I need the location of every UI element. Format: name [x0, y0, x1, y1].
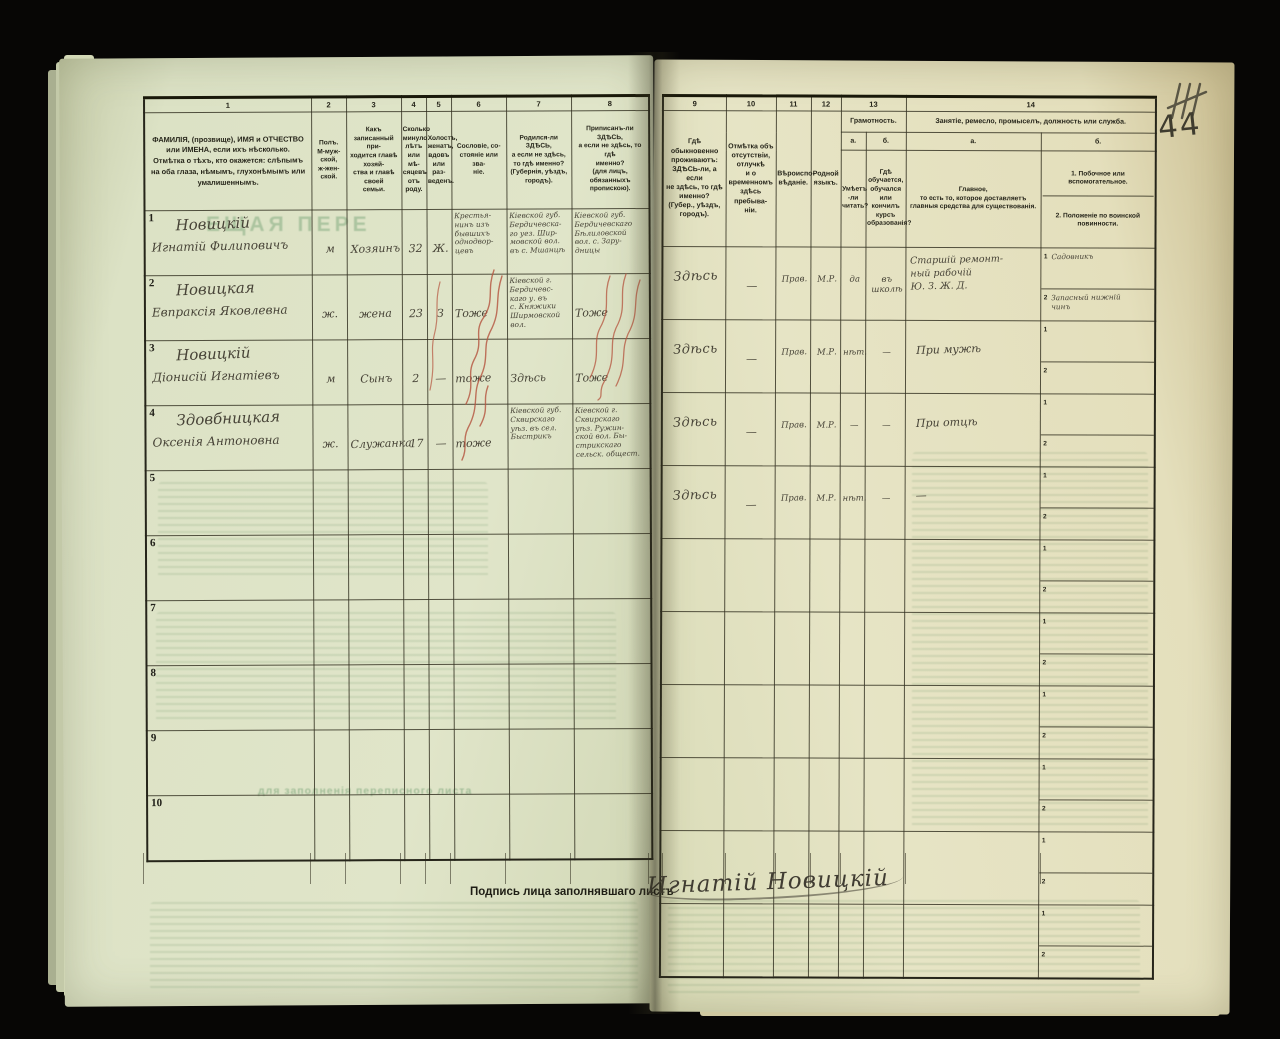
cell-relation: жена — [347, 275, 402, 340]
col-header-education: Гдѣ обучается, обучался или кончилъ курс… — [865, 150, 905, 247]
cell-absence: — — [725, 392, 775, 465]
person-row-right: 12 — [661, 684, 1154, 759]
person-row-left: 4ЗдовбницкаяОксенія Антоновнаж.Служанка1… — [145, 404, 650, 471]
cell-occupation-main — [903, 831, 1038, 904]
cell-registered: Кіевской г. Сквирскаго уѣз. Ружин- ской … — [572, 404, 650, 469]
cell-occupation-main: Старшій ремонт- ный рабочій Ю. З. Ж. Д. — [905, 247, 1040, 320]
cell-occupation-main — [904, 685, 1039, 758]
cell-estate — [453, 534, 508, 599]
cell-estate — [453, 469, 508, 534]
cell-sex: м — [312, 340, 347, 405]
cell-sex: ж. — [312, 275, 347, 340]
col-number-2: 2 — [311, 97, 346, 112]
cell-relation: Хозяинъ — [347, 210, 402, 275]
cell-estate — [454, 729, 509, 794]
cell-sex: м — [312, 210, 347, 275]
cell-resides: Здѣсь — [661, 465, 724, 538]
cell-education — [863, 758, 903, 831]
red-correction-mark — [426, 278, 446, 394]
cell-religion — [774, 612, 809, 685]
col-header-residence: Гдѣ обыкновенно проживаютъ: ЗДѢСЬ-ли, а … — [662, 111, 725, 247]
person-row-left: 9 — [147, 728, 652, 795]
cell-relation — [348, 665, 403, 730]
cell-reads — [839, 685, 864, 758]
cell-born: Кіевской губ. Бердичевска- го уез. Шир- … — [507, 209, 572, 274]
cell-absence: — — [725, 246, 775, 319]
cell-education — [863, 904, 903, 978]
cell-language — [809, 539, 839, 612]
person-row-right: 12 — [660, 757, 1153, 832]
cell-age: 23 — [402, 274, 427, 339]
cell-born — [508, 599, 573, 664]
cell-occupation-side: 12 — [1038, 832, 1153, 905]
cell-relation — [349, 795, 404, 861]
cell-resides — [661, 611, 724, 684]
cell-education — [864, 612, 904, 685]
cell-born: Кіевской г. Бердичевс- каго у. въ с. Кня… — [507, 274, 572, 339]
cell-occupation-side: 12 — [1039, 686, 1154, 759]
cell-marital — [428, 599, 453, 664]
cell-education: въ школѣ — [865, 247, 905, 320]
col-header-birthplace: Родился-ли ЗДѢСЬ, а если не здѣсь, то гд… — [506, 111, 571, 209]
cell-language — [809, 685, 839, 758]
cell-occupation-side: 12 — [1038, 759, 1153, 832]
cell-marital — [429, 729, 454, 794]
cell-occupation-side: 1Садовникъ2Запасный нижній чинъ — [1040, 248, 1155, 321]
cell-education — [864, 685, 904, 758]
cell-occupation-side: 12 — [1039, 613, 1154, 686]
scanned-census-spread: ЕЩАЯ ПЕРЕ для заполненія переписного лис… — [0, 0, 1280, 1039]
cell-language — [809, 612, 839, 685]
cell-religion: Прав. — [775, 393, 810, 466]
cell-absence — [723, 757, 773, 830]
person-row-right: Здѣсь—Прав.М.Р.нѣт.—При мужѣ12 — [662, 319, 1155, 394]
person-row-right: Здѣсь—Прав.М.Р.——При отцѣ12 — [662, 392, 1155, 467]
cell-absence — [724, 684, 774, 757]
col-number-8: 8 — [571, 96, 649, 111]
cell-sex — [314, 795, 349, 861]
red-correction-mark — [576, 270, 650, 402]
cell-language: М.Р. — [810, 393, 840, 466]
col-header-religion: Вѣроиспо- вѣданіе. — [775, 111, 810, 247]
cell-absence — [723, 903, 773, 977]
occupation-sub-a-label: а. — [906, 132, 1041, 150]
cell-sex — [314, 730, 349, 795]
col-header-language: Родной языкъ. — [810, 111, 840, 247]
col-number-13: 13 — [841, 96, 906, 111]
cell-estate — [453, 599, 508, 664]
cell-name: 7 — [146, 600, 313, 666]
census-table-left-half: 1 2 3 4 5 6 7 8 ФАМИЛІЯ, (прозвище), ИМЯ… — [143, 94, 653, 862]
cell-relation: Служанка — [347, 405, 402, 470]
col-number-11: 11 — [776, 96, 811, 111]
cell-relation — [349, 730, 404, 795]
col-header-registration: Приписанъ-ли ЗДѢСЬ, а если не здѣсь, то … — [571, 111, 649, 209]
leaf-number: 44 — [1156, 106, 1203, 146]
census-table-right-half: 9 10 11 12 13 14 Гдѣ обыкновенно прожива… — [659, 94, 1157, 979]
cell-occupation-main — [904, 612, 1039, 685]
cell-occupation-main: При отцѣ — [905, 393, 1040, 466]
col-number-5: 5 — [426, 96, 451, 111]
cell-reads: нѣт. — [839, 466, 864, 539]
cell-resides: Здѣсь — [662, 319, 725, 392]
occupation-side-desc-2: 2. Положеніе по воинской повинности. — [1042, 204, 1154, 236]
col-number-1: 1 — [144, 97, 311, 113]
cell-registered — [573, 663, 651, 728]
person-row-right: 12 — [661, 538, 1154, 613]
cell-reads — [838, 904, 863, 978]
cell-age — [404, 794, 429, 860]
cell-age — [403, 534, 428, 599]
cell-estate — [454, 794, 509, 860]
cell-reads: да — [840, 247, 865, 320]
cell-religion: Прав. — [774, 466, 809, 539]
cell-relation — [348, 600, 403, 665]
cell-occupation-side: 12 — [1039, 467, 1154, 540]
cell-age: 32 — [402, 209, 427, 274]
col-header-relation: Какъ записанный при- ходится главѣ хозяй… — [346, 112, 401, 210]
cell-education: — — [865, 320, 905, 393]
person-row-left: 8 — [146, 663, 651, 730]
cell-registered — [574, 728, 652, 793]
cell-resides: Здѣсь — [662, 246, 725, 319]
column-headers-row: ФАМИЛІЯ, (прозвище), ИМЯ и ОТЧЕСТВО или … — [144, 111, 649, 211]
cell-name: 3НовицкійДіонисій Игнатіевъ — [145, 340, 312, 406]
cell-language — [808, 904, 838, 978]
occupation-sub-b-label: б. — [1041, 133, 1156, 151]
col-number-14: 14 — [906, 96, 1156, 112]
cell-resides — [660, 903, 723, 977]
cell-name: 1НовицкійИгнатій Филиповичъ — [145, 210, 312, 276]
person-row-right: Здѣсь—Прав.М.Р.давъ школѣСтаршій ремонт-… — [662, 246, 1155, 321]
column-numbers-row: 9 10 11 12 13 14 — [663, 96, 1156, 113]
cell-estate: Крестья- нинъ изъ бывшихъ однодвор- цевъ — [452, 209, 507, 274]
cell-age — [403, 469, 428, 534]
col-header-estate: Сословіе, со- стояніе или зва- ніе. — [451, 111, 506, 209]
cell-occupation-side: 12 — [1040, 321, 1155, 394]
cell-registered — [573, 469, 651, 534]
cell-religion: Прав. — [775, 247, 810, 320]
cell-registered — [574, 793, 652, 859]
cell-name: 10 — [147, 795, 314, 861]
cell-name: 9 — [147, 730, 314, 796]
cell-resides — [661, 684, 724, 757]
cell-born: Кіевской губ. Сквирскаго уѣз. въ сел. Бы… — [507, 404, 572, 469]
cell-occupation-main — [903, 758, 1038, 831]
cell-religion — [773, 758, 808, 831]
cell-born — [508, 469, 573, 534]
person-row-right: 12 — [660, 903, 1153, 978]
cell-sex — [313, 535, 348, 600]
cell-estate — [453, 664, 508, 729]
cell-name: 6 — [146, 535, 313, 601]
col-header-literacy-band: Грамотность. — [841, 111, 906, 132]
ghost-paragraph — [150, 902, 638, 990]
cell-age — [403, 664, 428, 729]
literacy-sub-a-label: а. — [841, 132, 866, 150]
cell-born — [508, 664, 573, 729]
cell-absence: — — [725, 319, 775, 392]
person-row-left: 2НовицкаяЕвпраксія Яковлевнаж.жена23ЗТож… — [145, 274, 650, 341]
person-row-left: 6 — [146, 534, 651, 601]
col-number-12: 12 — [811, 96, 841, 111]
col-header-occupation-band: Занятіе, ремесло, промыселъ, должность и… — [906, 111, 1156, 133]
cell-absence — [724, 611, 774, 684]
col-number-7: 7 — [506, 96, 571, 111]
cell-resides: Здѣсь — [662, 392, 725, 465]
cell-reads — [838, 758, 863, 831]
col-header-marital: Холостъ, женатъ, вдовъ или раз- веденъ. — [426, 111, 451, 209]
cell-registered: Кіевской губ. Бердичевскаго Бѣлиловской … — [572, 209, 650, 274]
cell-language — [808, 758, 838, 831]
cell-registered — [573, 534, 651, 599]
cell-relation — [348, 470, 403, 535]
cell-marital — [429, 794, 454, 860]
red-correction-mark — [452, 266, 510, 464]
cell-occupation-main — [904, 539, 1039, 612]
col-number-4: 4 — [401, 96, 426, 111]
cell-name: 4ЗдовбницкаяОксенія Антоновна — [145, 405, 312, 471]
cell-occupation-side: 12 — [1040, 394, 1155, 467]
cell-sex — [313, 665, 348, 730]
col-number-9: 9 — [663, 96, 726, 111]
cell-age — [403, 599, 428, 664]
col-number-6: 6 — [451, 96, 506, 111]
cell-marital — [428, 534, 453, 599]
cell-religion — [774, 685, 809, 758]
cell-age: 2 — [402, 339, 427, 404]
column-headers-row: Гдѣ обыкновенно проживаютъ: ЗДѢСЬ-ли, а … — [663, 111, 1156, 134]
cell-born — [508, 534, 573, 599]
cell-education: — — [865, 393, 905, 466]
person-row-left: 10 — [147, 793, 652, 861]
cell-occupation-main: — — [904, 466, 1039, 539]
cell-marital: Ж. — [427, 209, 452, 274]
cell-relation: Сынъ — [347, 340, 402, 405]
person-row-right: Здѣсь—Прав.М.Р.нѣт.——12 — [661, 465, 1154, 540]
cell-reads: — — [840, 393, 865, 466]
cell-name: 2НовицкаяЕвпраксія Яковлевна — [145, 275, 312, 341]
cell-born — [509, 729, 574, 794]
cell-education: — — [864, 466, 904, 539]
person-row-left: 1НовицкійИгнатій ФилиповичъмХозяинъ32Ж.К… — [145, 209, 650, 276]
person-row-left: 7 — [146, 598, 651, 665]
cell-language: М.Р. — [810, 320, 840, 393]
col-header-age: Сколько минуло лѣтъ или мѣ- сяцевъ отъ р… — [401, 111, 426, 209]
cell-sex — [313, 470, 348, 535]
cell-registered — [573, 598, 651, 663]
occupation-side-desc-1: 1. Побочное или вспомогательное. — [1042, 162, 1154, 196]
cell-reads — [839, 539, 864, 612]
cell-reads: нѣт. — [840, 320, 865, 393]
col-header-reads: Умѣетъ -ли читать? — [840, 150, 865, 247]
cell-marital — [428, 664, 453, 729]
cell-education — [864, 539, 904, 612]
person-row-left: 5 — [146, 469, 651, 536]
cell-religion — [773, 904, 808, 978]
col-header-occupation-side: 1. Побочное или вспомогательное. 2. Поло… — [1040, 151, 1155, 248]
cell-born — [509, 794, 574, 860]
cell-occupation-side: 12 — [1038, 905, 1153, 979]
literacy-sub-b-label: б. — [866, 132, 906, 150]
cell-occupation-main — [903, 904, 1038, 978]
cell-marital: — — [427, 404, 452, 469]
cell-occupation-main: При мужѣ — [905, 320, 1040, 393]
cell-born: Здѣсь — [507, 339, 572, 404]
col-header-absence: Отмѣтка объ отсутствіи, отлучкѣ и о врем… — [725, 111, 775, 247]
table-column-stub-line — [143, 853, 144, 884]
cell-absence — [724, 538, 774, 611]
cell-occupation-side: 12 — [1039, 540, 1154, 613]
cell-religion — [774, 539, 809, 612]
col-number-10: 10 — [726, 96, 776, 111]
cell-age: 17 — [402, 404, 427, 469]
cell-reads — [839, 612, 864, 685]
person-row-right: 12 — [661, 611, 1154, 686]
col-header-sex: Полъ. М-муж- ской, ж-жен- ской. — [311, 112, 346, 210]
cell-sex — [313, 600, 348, 665]
cell-absence: — — [724, 465, 774, 538]
cell-relation — [348, 535, 403, 600]
cell-language: М.Р. — [809, 466, 839, 539]
cell-resides — [660, 757, 723, 830]
cell-marital — [428, 469, 453, 534]
cell-age — [404, 729, 429, 794]
person-row-left: 3НовицкійДіонисій ИгнатіевъмСынъ2—тожеЗд… — [145, 339, 650, 406]
cell-resides — [661, 538, 724, 611]
col-header-occupation-main: Главное, то есть то, которое доставляетъ… — [905, 150, 1040, 247]
col-number-3: 3 — [346, 97, 401, 112]
signature-label: Подпись лица заполнявшаго листъ — [470, 886, 674, 898]
cell-sex: ж. — [312, 405, 347, 470]
cell-language: М.Р. — [810, 247, 840, 320]
cell-religion: Прав. — [775, 320, 810, 393]
cell-name: 5 — [146, 470, 313, 536]
cell-name: 8 — [146, 665, 313, 731]
table-body-right: Здѣсь—Прав.М.Р.давъ школѣСтаршій ремонт-… — [660, 246, 1156, 978]
col-header-name: ФАМИЛІЯ, (прозвище), ИМЯ и ОТЧЕСТВО или … — [144, 112, 311, 211]
